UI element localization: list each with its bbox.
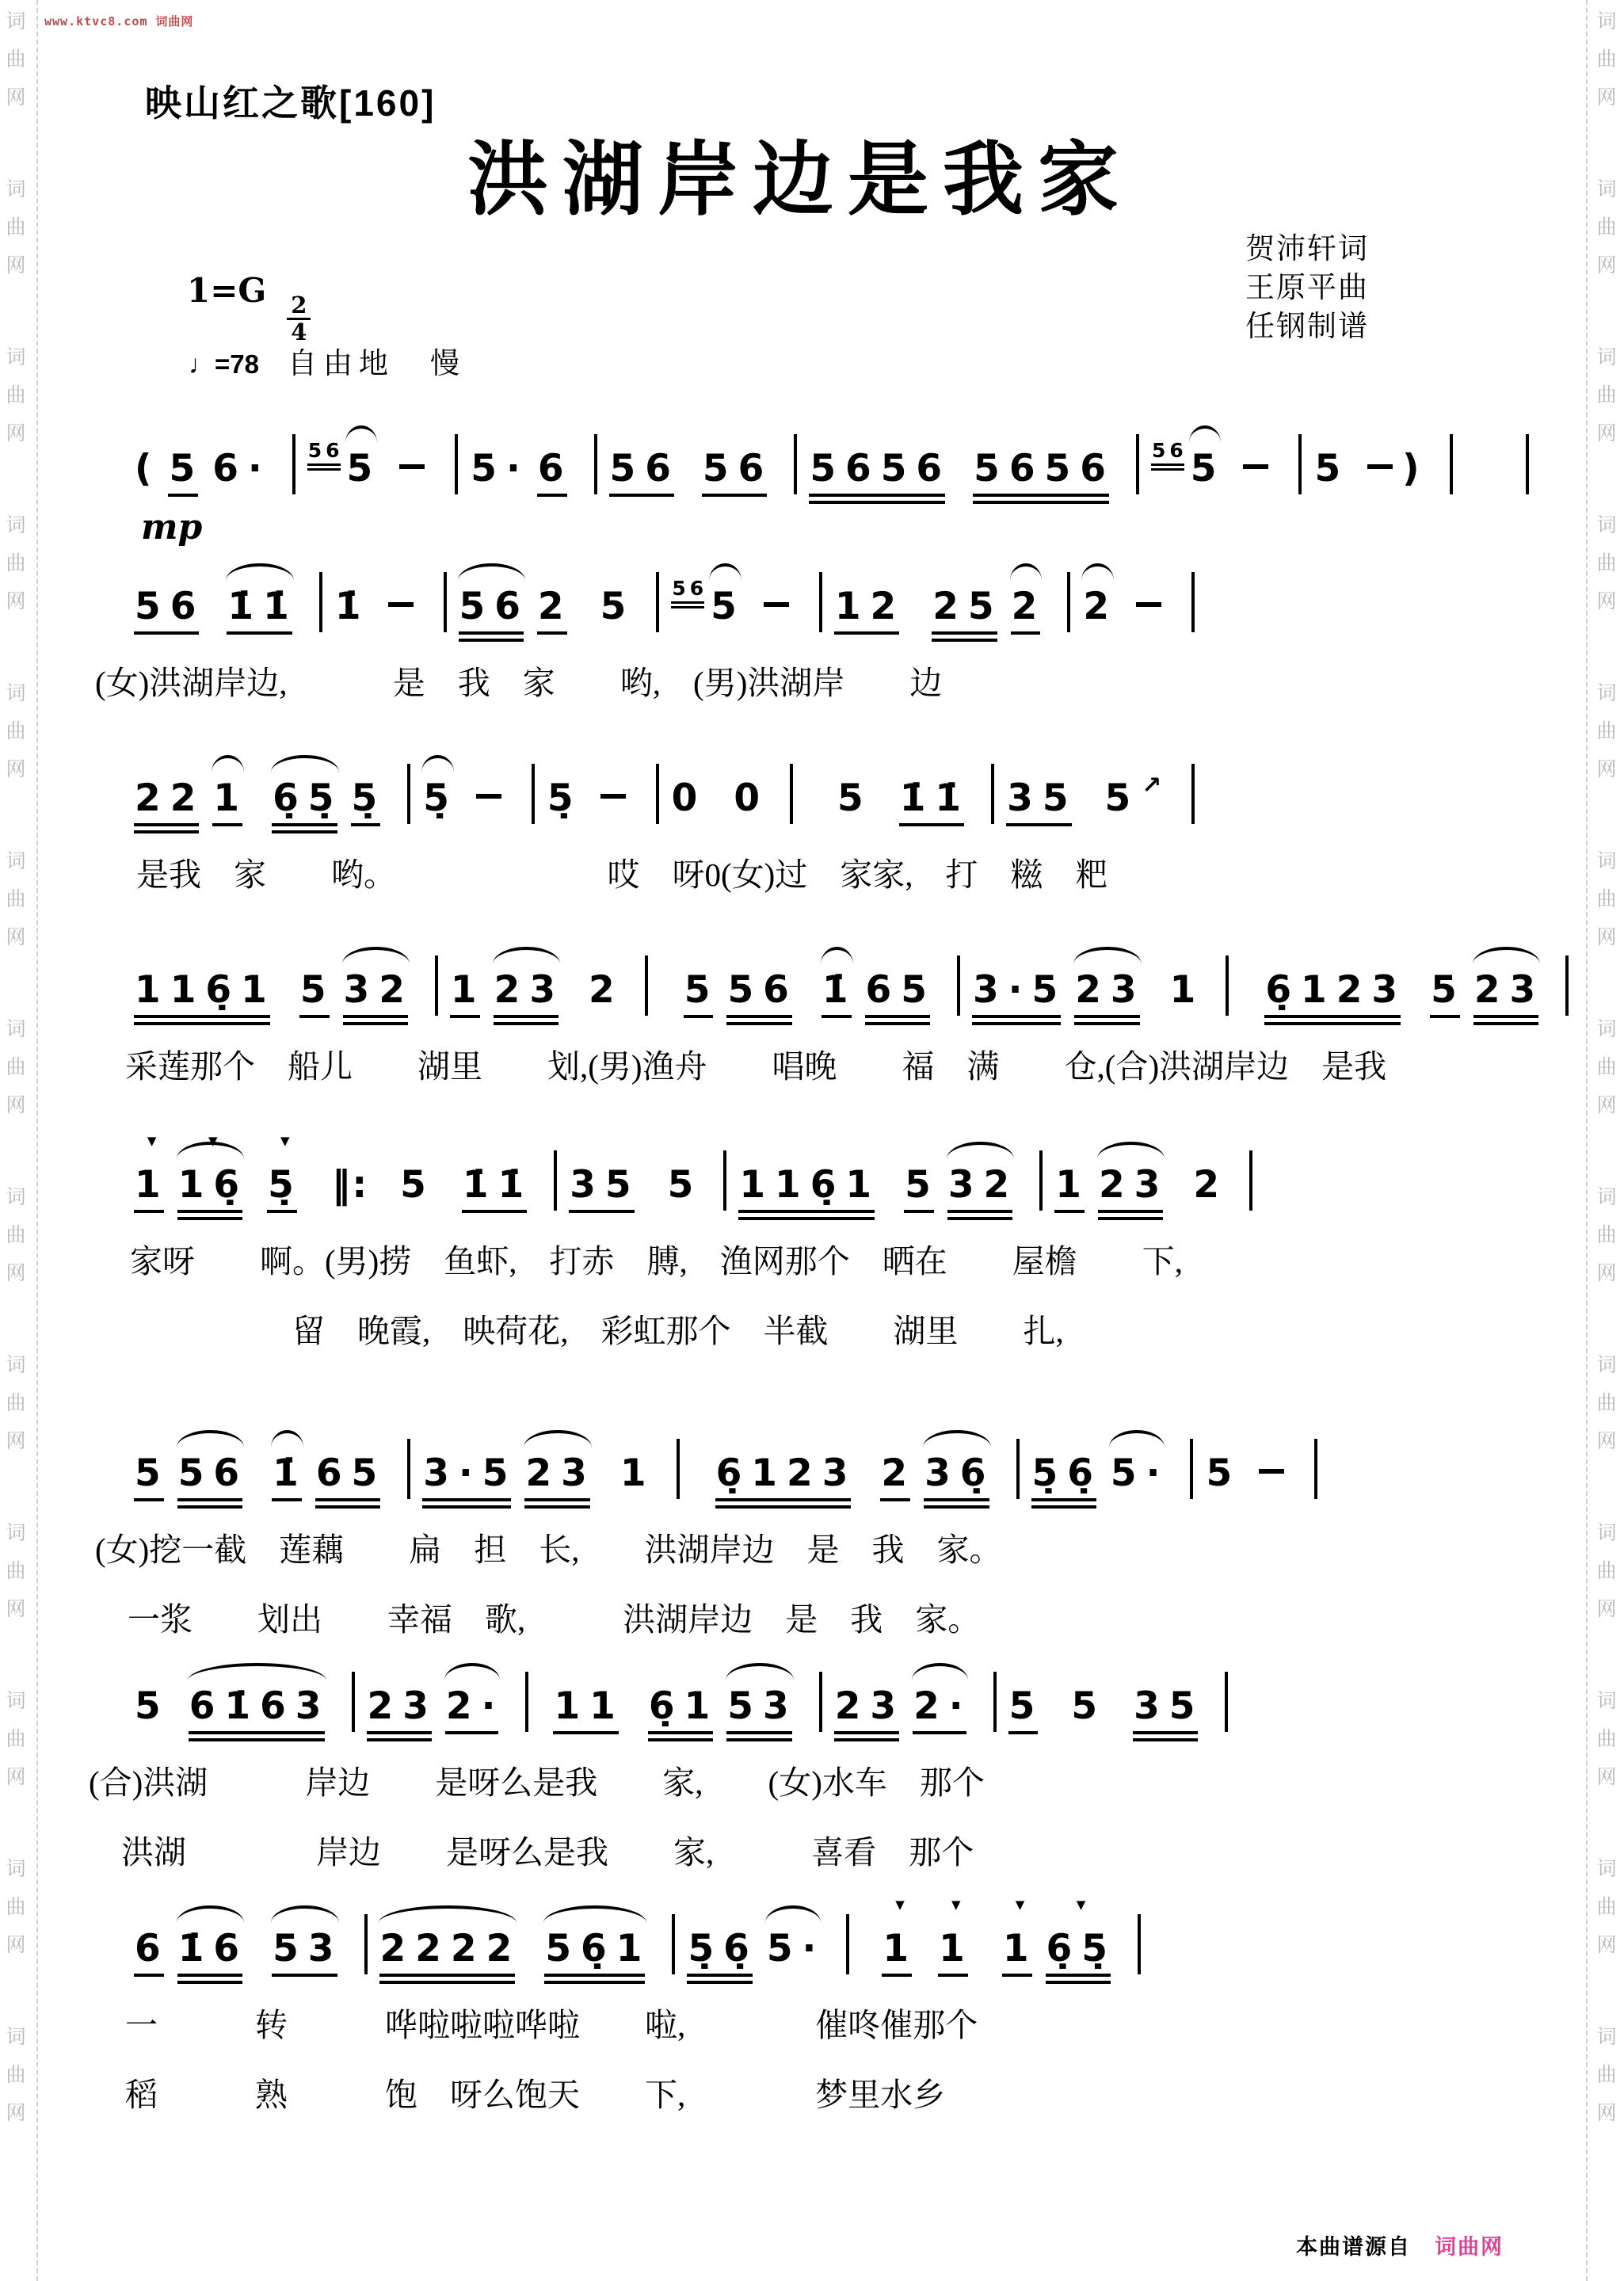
note-token: 116̣1 bbox=[135, 968, 276, 1012]
note-token bbox=[591, 776, 635, 820]
slur-arc bbox=[923, 1430, 990, 1448]
barline bbox=[292, 434, 295, 494]
note-token: 5· bbox=[767, 1927, 826, 1970]
note-token: 23 bbox=[835, 1684, 905, 1728]
note-token: 5 bbox=[1191, 447, 1226, 490]
note-token: 23 bbox=[368, 1684, 438, 1728]
note-token: 5 bbox=[711, 585, 746, 628]
note-token: 23 bbox=[1099, 1163, 1169, 1207]
slur-arc bbox=[947, 1142, 1014, 1159]
note-token: 2 bbox=[1193, 1163, 1229, 1207]
note-token bbox=[1249, 1451, 1294, 1495]
note-token: 5 bbox=[600, 585, 636, 628]
accent-mark-icon: ▼ bbox=[208, 1134, 218, 1148]
barline bbox=[819, 572, 822, 632]
note-token: 56 bbox=[178, 1451, 249, 1495]
note-token: 56 bbox=[1152, 439, 1188, 462]
slur-arc bbox=[524, 1430, 591, 1448]
music-system: 1▼16̣▼5̣▼‖:51̇1̇355116̣15321232家呀 啊。(男)捞… bbox=[0, 1127, 1624, 1363]
note-token bbox=[467, 776, 511, 820]
lyric-line: 一浆 划出 幸福 歌, 洪湖岸边 是 我 家。 bbox=[0, 1588, 1624, 1651]
note-token: 5̣ bbox=[423, 776, 459, 820]
barline bbox=[723, 1150, 726, 1211]
note-token: 1▼ bbox=[1003, 1927, 1039, 1970]
slur-arc bbox=[543, 1905, 646, 1923]
music-system: 5561̇653·52316̣123236̣5̣6̣5·5(女)挖一截 莲藕 扁… bbox=[0, 1415, 1624, 1651]
note-token: 5 bbox=[135, 1684, 170, 1728]
note-token: 1̇ bbox=[273, 1451, 308, 1495]
melody-line: 1▼16̣▼5̣▼‖:51̇1̇355116̣15321232 bbox=[0, 1127, 1624, 1223]
note-token: ( bbox=[135, 447, 161, 490]
melody-line: 5561̇653·52316̣123236̣5̣6̣5·5 bbox=[0, 1415, 1624, 1512]
note-token: 6̣123 bbox=[716, 1451, 858, 1495]
barline bbox=[319, 572, 322, 632]
note-token: 1 bbox=[620, 1451, 656, 1495]
music-system: 561̇1̇1̇5625565122522(女)洪湖岸边, 是 我 家 哟, (… bbox=[0, 548, 1624, 715]
note-token: 5 bbox=[300, 968, 336, 1012]
note-token: 5̣6̣ bbox=[1032, 1451, 1103, 1495]
accent-mark-icon: ▼ bbox=[147, 1134, 157, 1148]
slur-arc bbox=[709, 563, 741, 581]
slur-arc bbox=[421, 755, 454, 772]
dash-note bbox=[764, 602, 789, 607]
barline bbox=[407, 764, 410, 824]
barline bbox=[957, 956, 960, 1016]
note-token: 2 bbox=[538, 585, 574, 628]
note-token: 22 bbox=[135, 776, 205, 820]
barline bbox=[656, 572, 659, 632]
barline bbox=[444, 572, 447, 632]
barline bbox=[1016, 1439, 1020, 1499]
dash-note bbox=[600, 794, 626, 799]
slur-arc bbox=[912, 1663, 968, 1680]
dash-note bbox=[388, 602, 414, 607]
note-token: 2 bbox=[881, 1451, 917, 1495]
barline bbox=[677, 1439, 680, 1499]
slur-arc bbox=[821, 947, 853, 964]
barline bbox=[435, 956, 438, 1016]
note-token: 5 bbox=[905, 1163, 940, 1207]
slur-arc bbox=[271, 1905, 338, 1923]
barline bbox=[794, 434, 797, 494]
note-token: ) bbox=[1358, 447, 1428, 490]
barline bbox=[1039, 1150, 1043, 1211]
note-token: 5 bbox=[1105, 776, 1141, 820]
note-token: 2 bbox=[1083, 585, 1119, 628]
note-token: 23 bbox=[1075, 968, 1146, 1012]
dash-note bbox=[399, 464, 425, 469]
barline bbox=[846, 1914, 849, 1974]
melody-line: 116̣153212325561̇653·52316̣123523 bbox=[0, 932, 1624, 1028]
barline bbox=[1226, 956, 1229, 1016]
repeat-sign: ‖: bbox=[332, 1163, 368, 1207]
barline bbox=[991, 764, 994, 824]
note-token: 1̇1̇ bbox=[227, 585, 298, 628]
music-systems: (56·5655·65656565656565655)561̇1̇1̇56255… bbox=[0, 0, 1624, 2281]
melody-line: (56·5655·65656565656565655) bbox=[0, 410, 1624, 507]
barline bbox=[1526, 434, 1529, 494]
lyric-line: 稻 熟 饱 呀么饱天 下, 梦里水乡 bbox=[0, 2063, 1624, 2127]
lyric-line: 一 转 哗啦啦啦哗啦 啦, 催咚催那个 bbox=[0, 1993, 1624, 2057]
slur-arc bbox=[342, 947, 410, 964]
note-token: 116̣1 bbox=[739, 1163, 881, 1207]
slur-arc bbox=[177, 1905, 244, 1923]
dash-note bbox=[1259, 1469, 1284, 1474]
note-token: 1 bbox=[1170, 968, 1206, 1012]
melody-line: 2216̣5̣5̣5̣5̣0051̇1̇355↗ bbox=[0, 740, 1624, 837]
melody-line: 61̇653222256̣15̣6̣5·1▼1▼1▼6̣5̣▼ bbox=[0, 1890, 1624, 1987]
note-token: 2 bbox=[1012, 585, 1047, 628]
slur-arc bbox=[1081, 563, 1114, 581]
barline bbox=[1249, 1150, 1252, 1211]
barline bbox=[554, 1150, 557, 1211]
note-token: 5 bbox=[837, 776, 873, 820]
note-token: 1̇6 bbox=[178, 1927, 249, 1970]
melody-line: 561̇63232·116̣153232·5535 bbox=[0, 1648, 1624, 1745]
note-token: 5̣ bbox=[547, 776, 583, 820]
slur-arc bbox=[271, 755, 338, 772]
accent-mark-icon: ▼ bbox=[1077, 1898, 1086, 1912]
note-token: 65 bbox=[316, 1451, 387, 1495]
note-token: 5̣6̣ bbox=[688, 1927, 758, 1970]
barline bbox=[1190, 1439, 1193, 1499]
note-token: 3·5 bbox=[973, 968, 1067, 1012]
note-token: 11 bbox=[554, 1684, 624, 1728]
note-token: 5· bbox=[471, 447, 530, 490]
lyric-line: 采莲那个 船儿 湖里 划,(男)渔舟 唱晚 福 满 仓,(合)洪湖岸边 是我 bbox=[0, 1035, 1624, 1098]
barline bbox=[594, 434, 597, 494]
slur-arc bbox=[271, 1430, 303, 1448]
note-token: 56 bbox=[703, 447, 773, 490]
note-token: 23 bbox=[1474, 968, 1545, 1012]
note-token: 2· bbox=[913, 1684, 973, 1728]
barline bbox=[532, 764, 535, 824]
note-token: 5 bbox=[1314, 447, 1350, 490]
footer: 本曲谱源自词曲网 bbox=[1296, 2230, 1504, 2260]
note-token: 5656 bbox=[810, 447, 951, 490]
accent-mark-icon: ▼ bbox=[951, 1898, 961, 1912]
barline bbox=[1067, 572, 1070, 632]
slur-arc bbox=[1473, 947, 1540, 964]
footer-source-label: 本曲谱源自 bbox=[1296, 2235, 1411, 2259]
note-token: 6̣5̣▼ bbox=[1046, 1927, 1117, 1970]
note-token: 65 bbox=[866, 968, 936, 1012]
barline bbox=[672, 1914, 675, 1974]
note-token: 56 bbox=[308, 439, 344, 462]
barline bbox=[1565, 956, 1569, 1016]
note-token: 0 bbox=[672, 776, 707, 820]
note-token: 5 bbox=[135, 1451, 170, 1495]
note-token: 5656 bbox=[974, 447, 1115, 490]
footer-site-link[interactable]: 词曲网 bbox=[1435, 2235, 1504, 2259]
barline bbox=[1191, 764, 1195, 824]
note-token: 53 bbox=[273, 1927, 343, 1970]
note-token: 1̇1̇ bbox=[900, 776, 970, 820]
barline bbox=[1314, 1439, 1317, 1499]
slur-arc bbox=[1073, 947, 1141, 964]
lyric-line: (女)挖一截 莲藕 扁 担 长, 洪湖岸边 是 我 家。 bbox=[0, 1518, 1624, 1581]
note-token: 5̣▼ bbox=[268, 1163, 303, 1207]
note-token: 5 bbox=[1431, 968, 1466, 1012]
note-token: 36̣ bbox=[924, 1451, 995, 1495]
accent-mark-icon: ▼ bbox=[280, 1134, 290, 1148]
note-token: 56 bbox=[672, 577, 707, 600]
barline bbox=[455, 434, 458, 494]
note-token: 1 bbox=[213, 776, 249, 820]
slur-arc bbox=[226, 563, 293, 581]
slur-arc bbox=[188, 1663, 326, 1680]
note-token: 1̇1̇ bbox=[463, 1163, 533, 1207]
note-token: 56 bbox=[727, 968, 798, 1012]
note-token: ↗ bbox=[1142, 772, 1171, 799]
slur-arc bbox=[458, 563, 525, 581]
note-token bbox=[379, 585, 423, 628]
note-token: 23 bbox=[494, 968, 565, 1012]
dash-note bbox=[476, 794, 501, 799]
barline bbox=[1225, 1672, 1228, 1732]
note-token: 61̇63 bbox=[189, 1684, 331, 1728]
barline bbox=[525, 1672, 528, 1732]
barline bbox=[364, 1914, 368, 1974]
note-token bbox=[390, 447, 434, 490]
melody-line: 561̇1̇1̇5625565122522 bbox=[0, 548, 1624, 645]
barline bbox=[1138, 1914, 1141, 1974]
music-system: 2216̣5̣5̣5̣5̣0051̇1̇355↗是我 家 哟。 哎 呀0(女)过… bbox=[0, 740, 1624, 906]
slur-arc bbox=[212, 755, 244, 772]
slur-arc bbox=[765, 1905, 822, 1923]
accent-mark-icon: ▼ bbox=[895, 1898, 905, 1912]
slur-arc bbox=[1109, 1430, 1165, 1448]
slur-arc bbox=[345, 425, 378, 443]
note-token: 1̇ bbox=[822, 968, 858, 1012]
note-token: 0 bbox=[734, 776, 769, 820]
note-token: 32 bbox=[948, 1163, 1019, 1207]
barline bbox=[1450, 434, 1453, 494]
note-token: 6 bbox=[538, 447, 574, 490]
lyric-line: 留 晚霞, 映荷花, 彩虹那个 半截 湖里 扎, bbox=[0, 1299, 1624, 1363]
note-token: 16̣▼ bbox=[178, 1163, 249, 1207]
barline bbox=[1136, 434, 1139, 494]
dash-note bbox=[1367, 464, 1393, 469]
note-token: 5 bbox=[1071, 1684, 1107, 1728]
note-token: 35 bbox=[1134, 1684, 1204, 1728]
note-token: 35 bbox=[570, 1163, 640, 1207]
note-token: 56 bbox=[135, 585, 205, 628]
note-token: 6· bbox=[212, 447, 272, 490]
lyric-line: (合)洪湖 岸边 是呀么是我 家, (女)水车 那个 bbox=[0, 1751, 1624, 1814]
note-token: 5 bbox=[684, 968, 720, 1012]
barline bbox=[993, 1672, 997, 1732]
barline bbox=[352, 1672, 355, 1732]
lyric-line: 洪湖 岸边 是呀么是我 家, 喜看 那个 bbox=[0, 1821, 1624, 1884]
slur-arc bbox=[726, 1663, 793, 1680]
music-system: 61̇653222256̣15̣6̣5·1▼1▼1▼6̣5̣▼一 转 哗啦啦啦哗… bbox=[0, 1890, 1624, 2127]
note-token: 53 bbox=[727, 1684, 798, 1728]
note-token: 1 bbox=[451, 968, 486, 1012]
note-token: 35 bbox=[1007, 776, 1077, 820]
note-token: 25 bbox=[932, 585, 1003, 628]
barline bbox=[1298, 434, 1302, 494]
note-token: 5 bbox=[1009, 1684, 1045, 1728]
barline bbox=[407, 1439, 410, 1499]
note-token: 2 bbox=[589, 968, 624, 1012]
note-token: 1▼ bbox=[939, 1927, 974, 1970]
note-token: 1 bbox=[1055, 1163, 1091, 1207]
music-system: (56·5655·65656565656565655) bbox=[0, 410, 1624, 507]
note-token: 6̣1 bbox=[649, 1684, 719, 1728]
slur-arc bbox=[1010, 563, 1043, 581]
note-token: 56 bbox=[610, 447, 680, 490]
note-token: 5̣ bbox=[352, 776, 387, 820]
note-token: 1̇ bbox=[335, 585, 371, 628]
lyric-line: (女)洪湖岸边, 是 我 家 哟, (男)洪湖岸 边 bbox=[0, 651, 1624, 715]
lyric-line: 家呀 啊。(男)捞 鱼虾, 打赤 膊, 渔网那个 晒在 屋檐 下, bbox=[0, 1230, 1624, 1293]
note-token: 2· bbox=[446, 1684, 505, 1728]
accent-mark-icon: ▼ bbox=[1016, 1898, 1025, 1912]
note-token: 5· bbox=[1111, 1451, 1170, 1495]
barline bbox=[645, 956, 648, 1016]
music-system: 116̣153212325561̇653·52316̣123523采莲那个 船儿… bbox=[0, 932, 1624, 1098]
barline bbox=[819, 1672, 822, 1732]
dash-note bbox=[1136, 602, 1161, 607]
dash-note bbox=[1243, 464, 1268, 469]
slur-arc bbox=[493, 947, 560, 964]
note-token: 5 bbox=[400, 1163, 436, 1207]
note-token: 2222 bbox=[380, 1927, 522, 1970]
note-token: 1▼ bbox=[883, 1927, 918, 1970]
note-token: 1▼ bbox=[135, 1163, 170, 1207]
barline bbox=[790, 764, 793, 824]
note-token: 3·5 bbox=[423, 1451, 517, 1495]
note-token: 56 bbox=[459, 585, 530, 628]
note-token: 6̣123 bbox=[1265, 968, 1407, 1012]
slur-arc bbox=[379, 1905, 517, 1923]
note-token: 5 bbox=[347, 447, 383, 490]
note-token: 32 bbox=[344, 968, 414, 1012]
note-token: 5 bbox=[668, 1163, 703, 1207]
note-token: 56̣1 bbox=[545, 1927, 651, 1970]
note-token bbox=[1127, 585, 1171, 628]
note-token: 5 bbox=[1206, 1451, 1241, 1495]
note-token: 6̣5̣ bbox=[273, 776, 343, 820]
slur-arc bbox=[444, 1663, 501, 1680]
note-token: 23 bbox=[525, 1451, 596, 1495]
note-token: 6 bbox=[135, 1927, 170, 1970]
note-token bbox=[754, 585, 799, 628]
slur-arc bbox=[1097, 1142, 1165, 1159]
slur-arc bbox=[177, 1430, 244, 1448]
note-token: 12 bbox=[835, 585, 905, 628]
note-token: 5 bbox=[169, 447, 204, 490]
barline bbox=[656, 764, 659, 824]
note-token bbox=[1233, 447, 1278, 490]
slur-arc bbox=[1189, 425, 1222, 443]
lyric-line: 是我 家 哟。 哎 呀0(女)过 家家, 打 糍 粑 bbox=[0, 843, 1624, 906]
music-system: 561̇63232·116̣153232·5535(合)洪湖 岸边 是呀么是我 … bbox=[0, 1648, 1624, 1884]
barline bbox=[1191, 572, 1195, 632]
